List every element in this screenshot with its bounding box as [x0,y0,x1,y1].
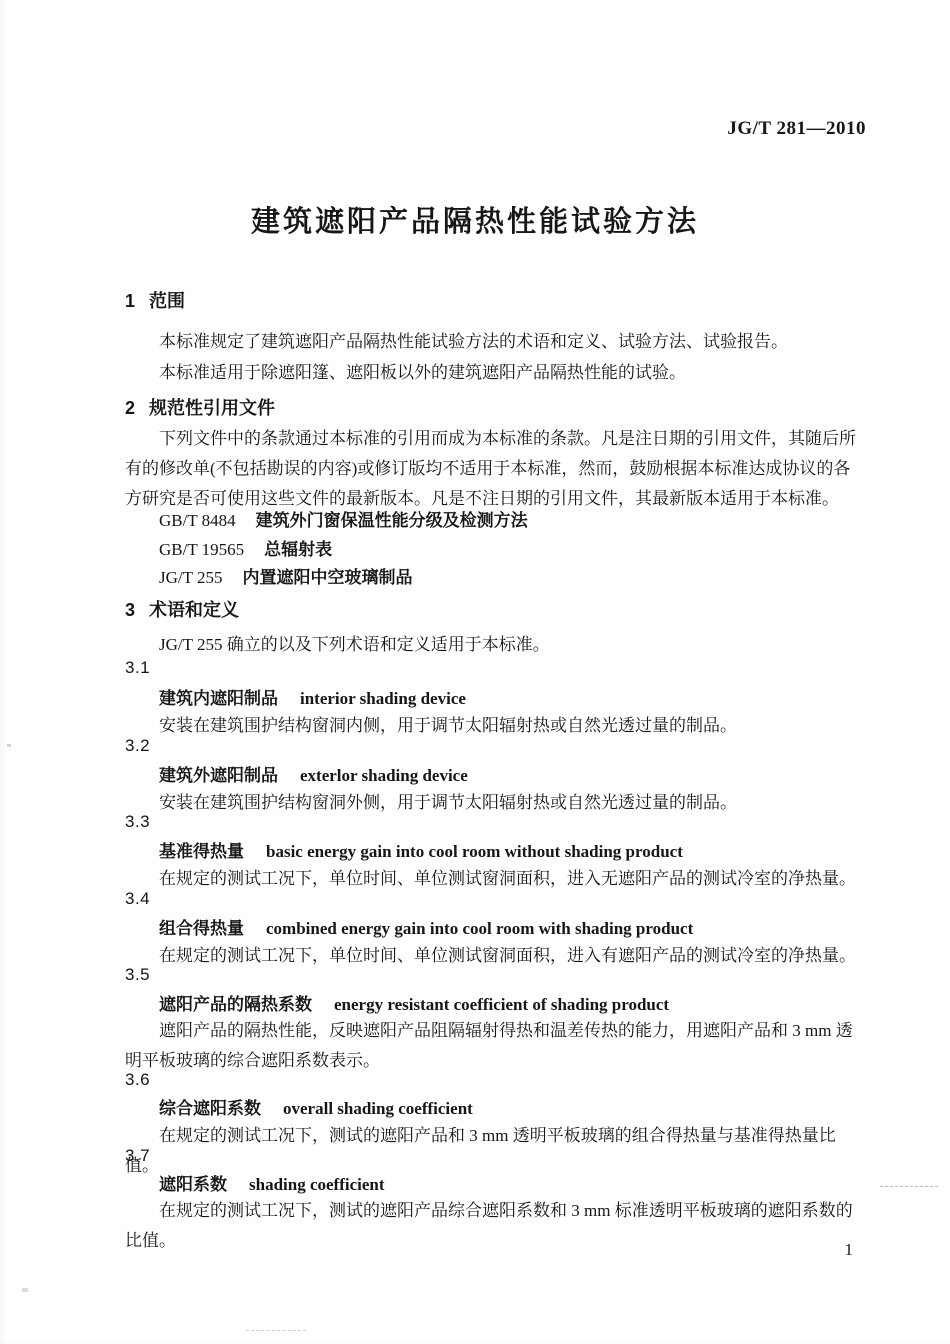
term-zh: 遮阳产品的隔热系数 [159,995,312,1014]
reference-item: GB/T 19565总辐射表 [125,535,899,560]
term-definition: 遮阳产品的隔热性能，反映遮阳产品阻隔辐射得热和温差传热的能力，用遮阳产品和 3 … [125,1016,865,1076]
term-en: combined energy gain into cool room with… [266,919,693,938]
term-zh: 建筑内遮阳制品 [159,689,278,708]
term-en: exterlor shading device [300,766,468,785]
term-number: 3.4 [125,889,865,909]
term-en: shading coefficient [249,1175,385,1194]
term-zh: 基准得热量 [159,842,244,861]
section-3-heading: 3术语和定义 [125,596,865,622]
term-en: basic energy gain into cool room without… [266,842,683,861]
term-name: 基准得热量basic energy gain into cool room wi… [125,837,899,862]
term-en: energy resistant coefficient of shading … [334,995,669,1014]
reference-code: GB/T 8484 [159,511,236,530]
paragraph: 下列文件中的条款通过本标准的引用而成为本标准的条款。凡是注日期的引用文件，其随后… [125,424,865,514]
section-title: 范围 [149,291,185,311]
term-en: overall shading coefficient [283,1099,473,1118]
scan-artifact [880,1186,938,1187]
term-number: 3.3 [125,812,865,832]
term-name: 建筑内遮阳制品interior shading device [125,684,899,709]
section-number: 2 [125,398,135,418]
reference-item: GB/T 8484建筑外门窗保温性能分级及检测方法 [125,506,899,531]
paragraph: JG/T 255 确立的以及下列术语和定义适用于本标准。 [125,630,865,660]
scan-artifact [246,1330,306,1331]
paragraph: 本标准规定了建筑遮阳产品隔热性能试验方法的术语和定义、试验方法、试验报告。 [125,327,865,357]
term-number: 3.7 [125,1146,865,1166]
section-title: 规范性引用文件 [149,398,275,418]
section-1-heading: 1范围 [125,287,865,313]
term-number: 3.6 [125,1070,865,1090]
term-zh: 遮阳系数 [159,1175,227,1194]
term-name: 遮阳产品的隔热系数energy resistant coefficient of… [125,990,899,1015]
term-number: 3.5 [125,965,865,985]
term-name: 遮阳系数shading coefficient [125,1170,899,1195]
term-name: 综合遮阳系数overall shading coefficient [125,1094,899,1119]
section-number: 3 [125,600,135,620]
term-number: 3.1 [125,658,865,678]
scan-artifact [22,1288,28,1292]
term-zh: 组合得热量 [159,919,244,938]
section-number: 1 [125,291,135,311]
paragraph: 本标准适用于除遮阳篷、遮阳板以外的建筑遮阳产品隔热性能的试验。 [125,358,865,388]
term-definition: 在规定的测试工况下，测试的遮阳产品综合遮阳系数和 3 mm 标准透明平板玻璃的遮… [125,1196,865,1256]
reference-title: 内置遮阳中空玻璃制品 [242,568,412,587]
term-name: 组合得热量combined energy gain into cool room… [125,914,899,939]
reference-code: JG/T 255 [159,568,222,587]
reference-title: 建筑外门窗保温性能分级及检测方法 [256,511,528,530]
reference-item: JG/T 255内置遮阳中空玻璃制品 [125,563,899,588]
term-number: 3.2 [125,736,865,756]
term-name: 建筑外遮阳制品exterlor shading device [125,761,899,786]
reference-code: GB/T 19565 [159,540,244,559]
page-number: 1 [845,1240,854,1260]
scan-artifact [7,744,11,747]
reference-title: 总辐射表 [264,540,332,559]
standard-code: JG/T 281—2010 [727,118,866,140]
term-zh: 综合遮阳系数 [159,1099,261,1118]
document-title: 建筑遮阳产品隔热性能试验方法 [0,199,950,240]
section-2-heading: 2规范性引用文件 [125,394,865,420]
term-zh: 建筑外遮阳制品 [159,766,278,785]
document-page: JG/T 281—2010 建筑遮阳产品隔热性能试验方法 1范围 本标准规定了建… [0,0,950,1344]
section-title: 术语和定义 [149,600,239,620]
term-en: interior shading device [300,689,466,708]
